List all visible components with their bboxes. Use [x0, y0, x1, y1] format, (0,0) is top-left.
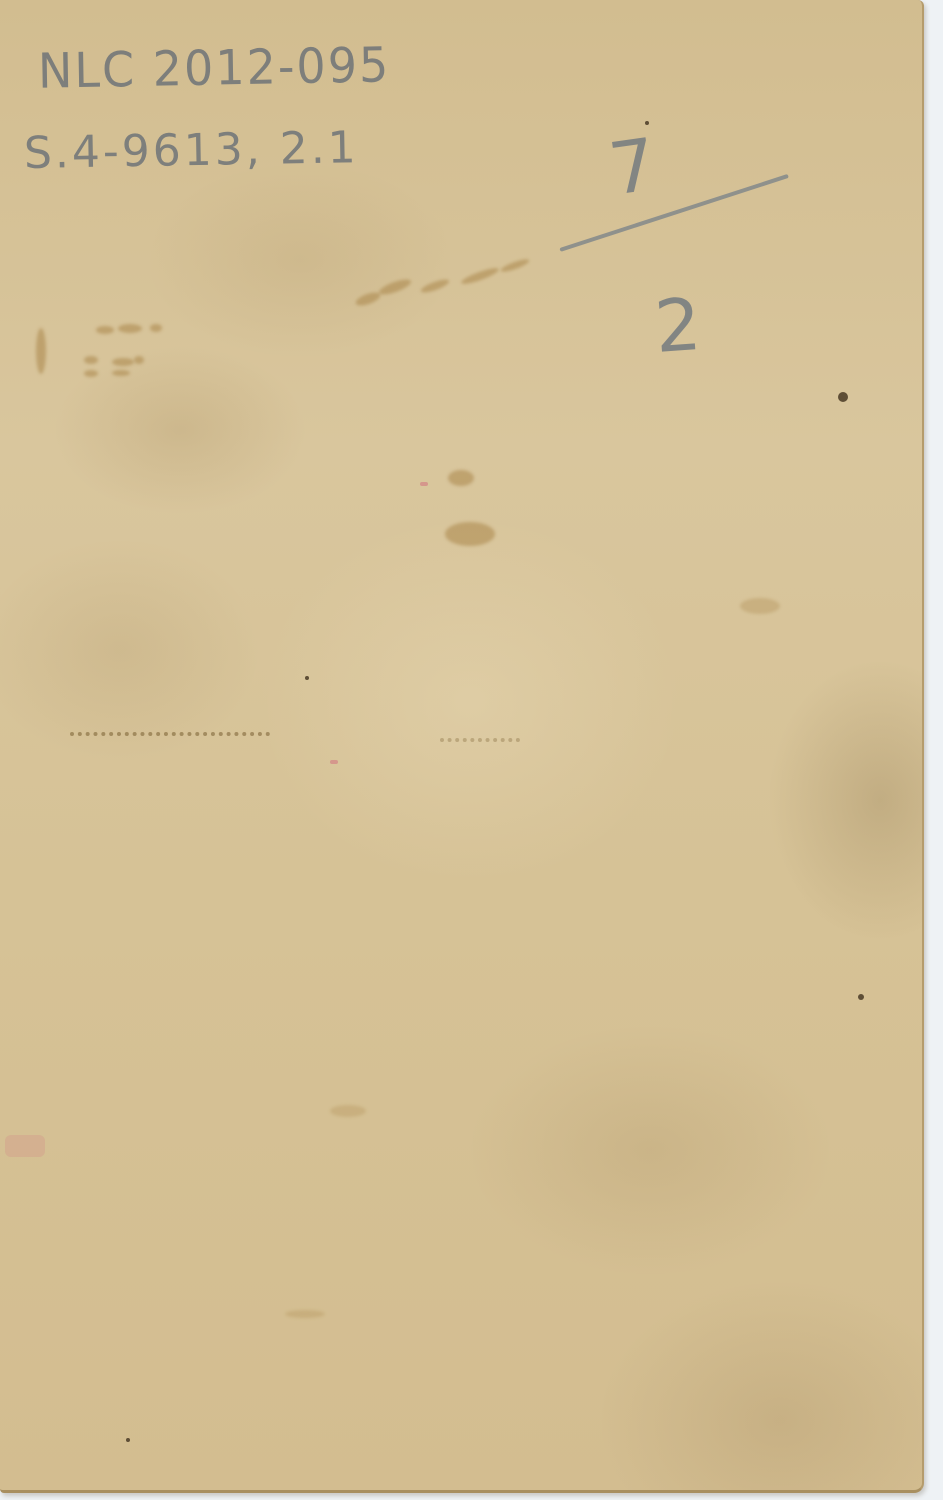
pink-speck [5, 1135, 45, 1157]
card-reverse: NLC 2012-095 S.4-9613, 2.1 7 2 [0, 0, 924, 1493]
speck [838, 392, 848, 402]
pencil-fraction: 7 2 [560, 120, 790, 380]
stain-spot [740, 598, 780, 614]
stain-spot [445, 522, 495, 546]
accession-number: NLC 2012-095 [38, 36, 391, 99]
speck [126, 1438, 130, 1442]
fraction-denominator: 2 [652, 282, 706, 369]
offset-line-left [70, 732, 270, 740]
speck [858, 994, 864, 1000]
offset-line-right [440, 738, 520, 746]
fraction-numerator: 7 [604, 122, 663, 212]
stain-spot [285, 1310, 325, 1318]
stain-spot [330, 1105, 366, 1117]
pink-speck [420, 482, 428, 486]
pink-speck [330, 760, 338, 764]
speck [305, 676, 309, 680]
speck [645, 121, 649, 125]
fraction-bar [559, 174, 788, 252]
stain-spot [448, 470, 474, 486]
item-reference: S.4-9613, 2.1 [24, 122, 360, 179]
